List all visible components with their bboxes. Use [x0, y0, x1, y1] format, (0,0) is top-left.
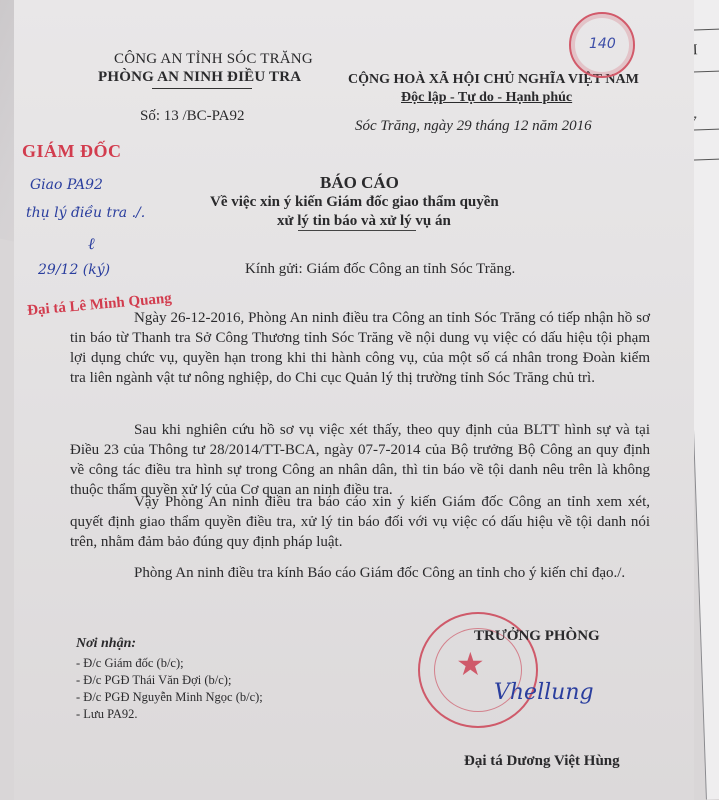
header-underline: [152, 88, 252, 89]
handwritten-note-line: 29/12 (ký): [38, 262, 110, 278]
place-date: Sóc Trăng, ngày 29 tháng 12 năm 2016: [355, 118, 592, 135]
report-title: BÁO CÁO: [320, 173, 399, 193]
subject-underline: [298, 230, 416, 231]
recipient-item: - Lưu PA92.: [76, 707, 138, 722]
signer-name: Đại tá Dương Việt Hùng: [464, 753, 620, 770]
recipient-item: - Đ/c PGĐ Nguyễn Minh Ngọc (b/c);: [76, 690, 263, 705]
receipt-number: 140: [589, 36, 616, 52]
report-subject: Về việc xin ý kiến Giám đốc giao thẩm qu…: [210, 194, 499, 211]
signer-title: TRƯỞNG PHÒNG: [474, 628, 600, 645]
director-heading: GIÁM ĐỐC: [22, 141, 122, 162]
department-name: PHÒNG AN NINH ĐIỀU TRA: [98, 69, 301, 86]
recipient-item: - Đ/c PGĐ Thái Văn Đợi (b/c);: [76, 673, 231, 688]
body-paragraph: Sau khi nghiên cứu hồ sơ vụ việc xét thấ…: [70, 420, 650, 500]
body-paragraph: Vậy Phòng An ninh điều tra báo cáo xin ý…: [70, 492, 650, 552]
report-subject: xử lý tin báo và xử lý vụ án: [277, 213, 451, 230]
document-number: Số: 13 /BC-PA92: [140, 108, 244, 125]
recipient-item: - Đ/c Giám đốc (b/c);: [76, 656, 184, 671]
body-paragraph: Ngày 26-12-2016, Phòng An ninh điều tra …: [70, 308, 650, 388]
body-paragraph: Phòng An ninh điều tra kính Báo cáo Giám…: [70, 563, 650, 583]
handwritten-note-line: thụ lý điều tra ./.: [26, 205, 145, 221]
addressee: Kính gửi: Giám đốc Công an tỉnh Sóc Trăn…: [245, 261, 515, 278]
receipt-stamp: 140: [569, 12, 635, 78]
handwritten-signature: Vhellung: [494, 680, 594, 705]
recipients-heading: Nơi nhận:: [76, 636, 136, 652]
handwritten-note-line: Giao PA92: [30, 177, 103, 193]
national-motto: Độc lập - Tự do - Hạnh phúc: [401, 90, 572, 106]
agency-name: CÔNG AN TỈNH SÓC TRĂNG: [114, 51, 313, 68]
handwritten-signature-mark: ℓ: [88, 234, 95, 254]
star-icon: ★: [456, 648, 485, 680]
